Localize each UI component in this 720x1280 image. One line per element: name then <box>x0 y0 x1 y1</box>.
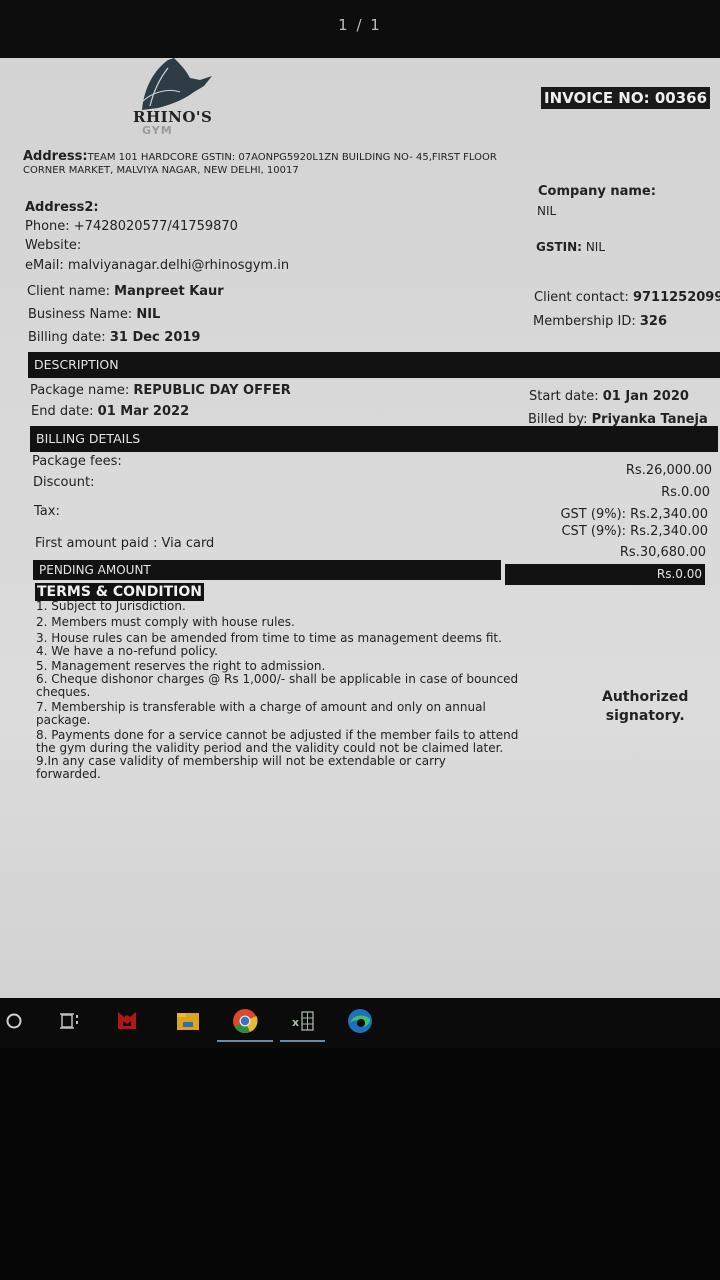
pending-amount-value: Rs.0.00 <box>505 564 705 585</box>
website: Website: <box>25 238 81 253</box>
chrome-icon[interactable] <box>230 1008 260 1034</box>
first-amount-paid-value: Rs.30,680.00 <box>620 545 706 560</box>
gstin: GSTIN: NIL <box>536 240 605 254</box>
terms-item: 7. Membership is transferable with a cha… <box>36 701 496 727</box>
package-name: Package name: REPUBLIC DAY OFFER <box>30 383 291 398</box>
description-header: DESCRIPTION <box>28 352 720 378</box>
invoice-page: RHINO'S GYM INVOICE NO: 00366 Address:TE… <box>0 58 720 1000</box>
chrome-active-indicator <box>217 1040 273 1042</box>
address-line2: CORNER MARKET, MALVIYA NAGAR, NEW DELHI,… <box>23 165 299 176</box>
windows-taskbar: x <box>0 998 720 1048</box>
terms-list: 1. Subject to Jurisdiction. 2. Members m… <box>36 600 536 781</box>
excel-icon[interactable]: x <box>290 1008 318 1034</box>
brand-subtitle: GYM <box>142 124 173 137</box>
start-date: Start date: 01 Jan 2020 <box>529 389 689 404</box>
search-circle-icon[interactable] <box>4 1008 24 1034</box>
terms-item: 8. Payments done for a service cannot be… <box>36 729 526 755</box>
svg-text:x: x <box>292 1016 299 1029</box>
cst-value: CST (9%): Rs.2,340.00 <box>561 524 708 539</box>
client-contact: Client contact: 9711252099 <box>534 290 720 305</box>
tax-label: Tax: <box>34 504 60 519</box>
business-name: Business Name: NIL <box>28 307 160 322</box>
address-block: Address:TEAM 101 HARDCORE GSTIN: 07AONPG… <box>23 150 497 177</box>
terms-item: 9.In any case validity of membership wil… <box>36 755 466 781</box>
email: eMail: malviyanagar.delhi@rhinosgym.in <box>25 258 289 273</box>
address-line1: TEAM 101 HARDCORE GSTIN: 07AONPG5920L1ZN… <box>88 152 497 163</box>
first-amount-paid-label: First amount paid : Via card <box>35 536 214 551</box>
package-fees-value: Rs.26,000.00 <box>626 463 712 478</box>
file-explorer-icon[interactable] <box>174 1008 202 1034</box>
invoice-number: INVOICE NO: 00366 <box>541 87 710 109</box>
terms-item: 1. Subject to Jurisdiction. <box>36 600 536 613</box>
mcafee-icon[interactable] <box>114 1008 140 1034</box>
package-fees-label: Package fees: <box>32 454 122 469</box>
excel-active-indicator <box>280 1040 325 1042</box>
billing-date: Billing date: 31 Dec 2019 <box>28 330 200 345</box>
client-name: Client name: Manpreet Kaur <box>27 284 224 299</box>
address2-label: Address2: <box>25 200 99 215</box>
pdf-viewer-toolbar: 1 / 1 <box>0 0 720 60</box>
background-below-screen <box>0 1048 720 1280</box>
company-name-label: Company name: <box>538 184 656 199</box>
discount-label: Discount: <box>33 475 94 490</box>
end-date: End date: 01 Mar 2022 <box>31 404 189 419</box>
gst-value: GST (9%): Rs.2,340.00 <box>560 507 708 522</box>
address-label: Address: <box>23 149 88 164</box>
page-counter: 1 / 1 <box>0 16 720 34</box>
task-view-icon[interactable] <box>58 1008 82 1034</box>
discount-value: Rs.0.00 <box>661 485 710 500</box>
phone: Phone: +7428020577/41759870 <box>25 219 238 234</box>
billed-by: Billed by: Priyanka Taneja <box>528 412 708 427</box>
terms-item: 4. We have a no-refund policy. <box>36 645 536 658</box>
billing-details-header: BILLING DETAILS <box>30 426 718 452</box>
company-name-value: NIL <box>537 204 556 218</box>
pending-amount-header: PENDING AMOUNT <box>33 560 501 580</box>
authorized-signatory: Authorized signatory. <box>602 688 688 726</box>
membership-id: Membership ID: 326 <box>533 314 667 329</box>
edge-icon[interactable] <box>345 1008 375 1034</box>
terms-item: 2. Members must comply with house rules. <box>36 616 536 629</box>
terms-item: 6. Cheque dishonor charges @ Rs 1,000/- … <box>36 673 531 699</box>
